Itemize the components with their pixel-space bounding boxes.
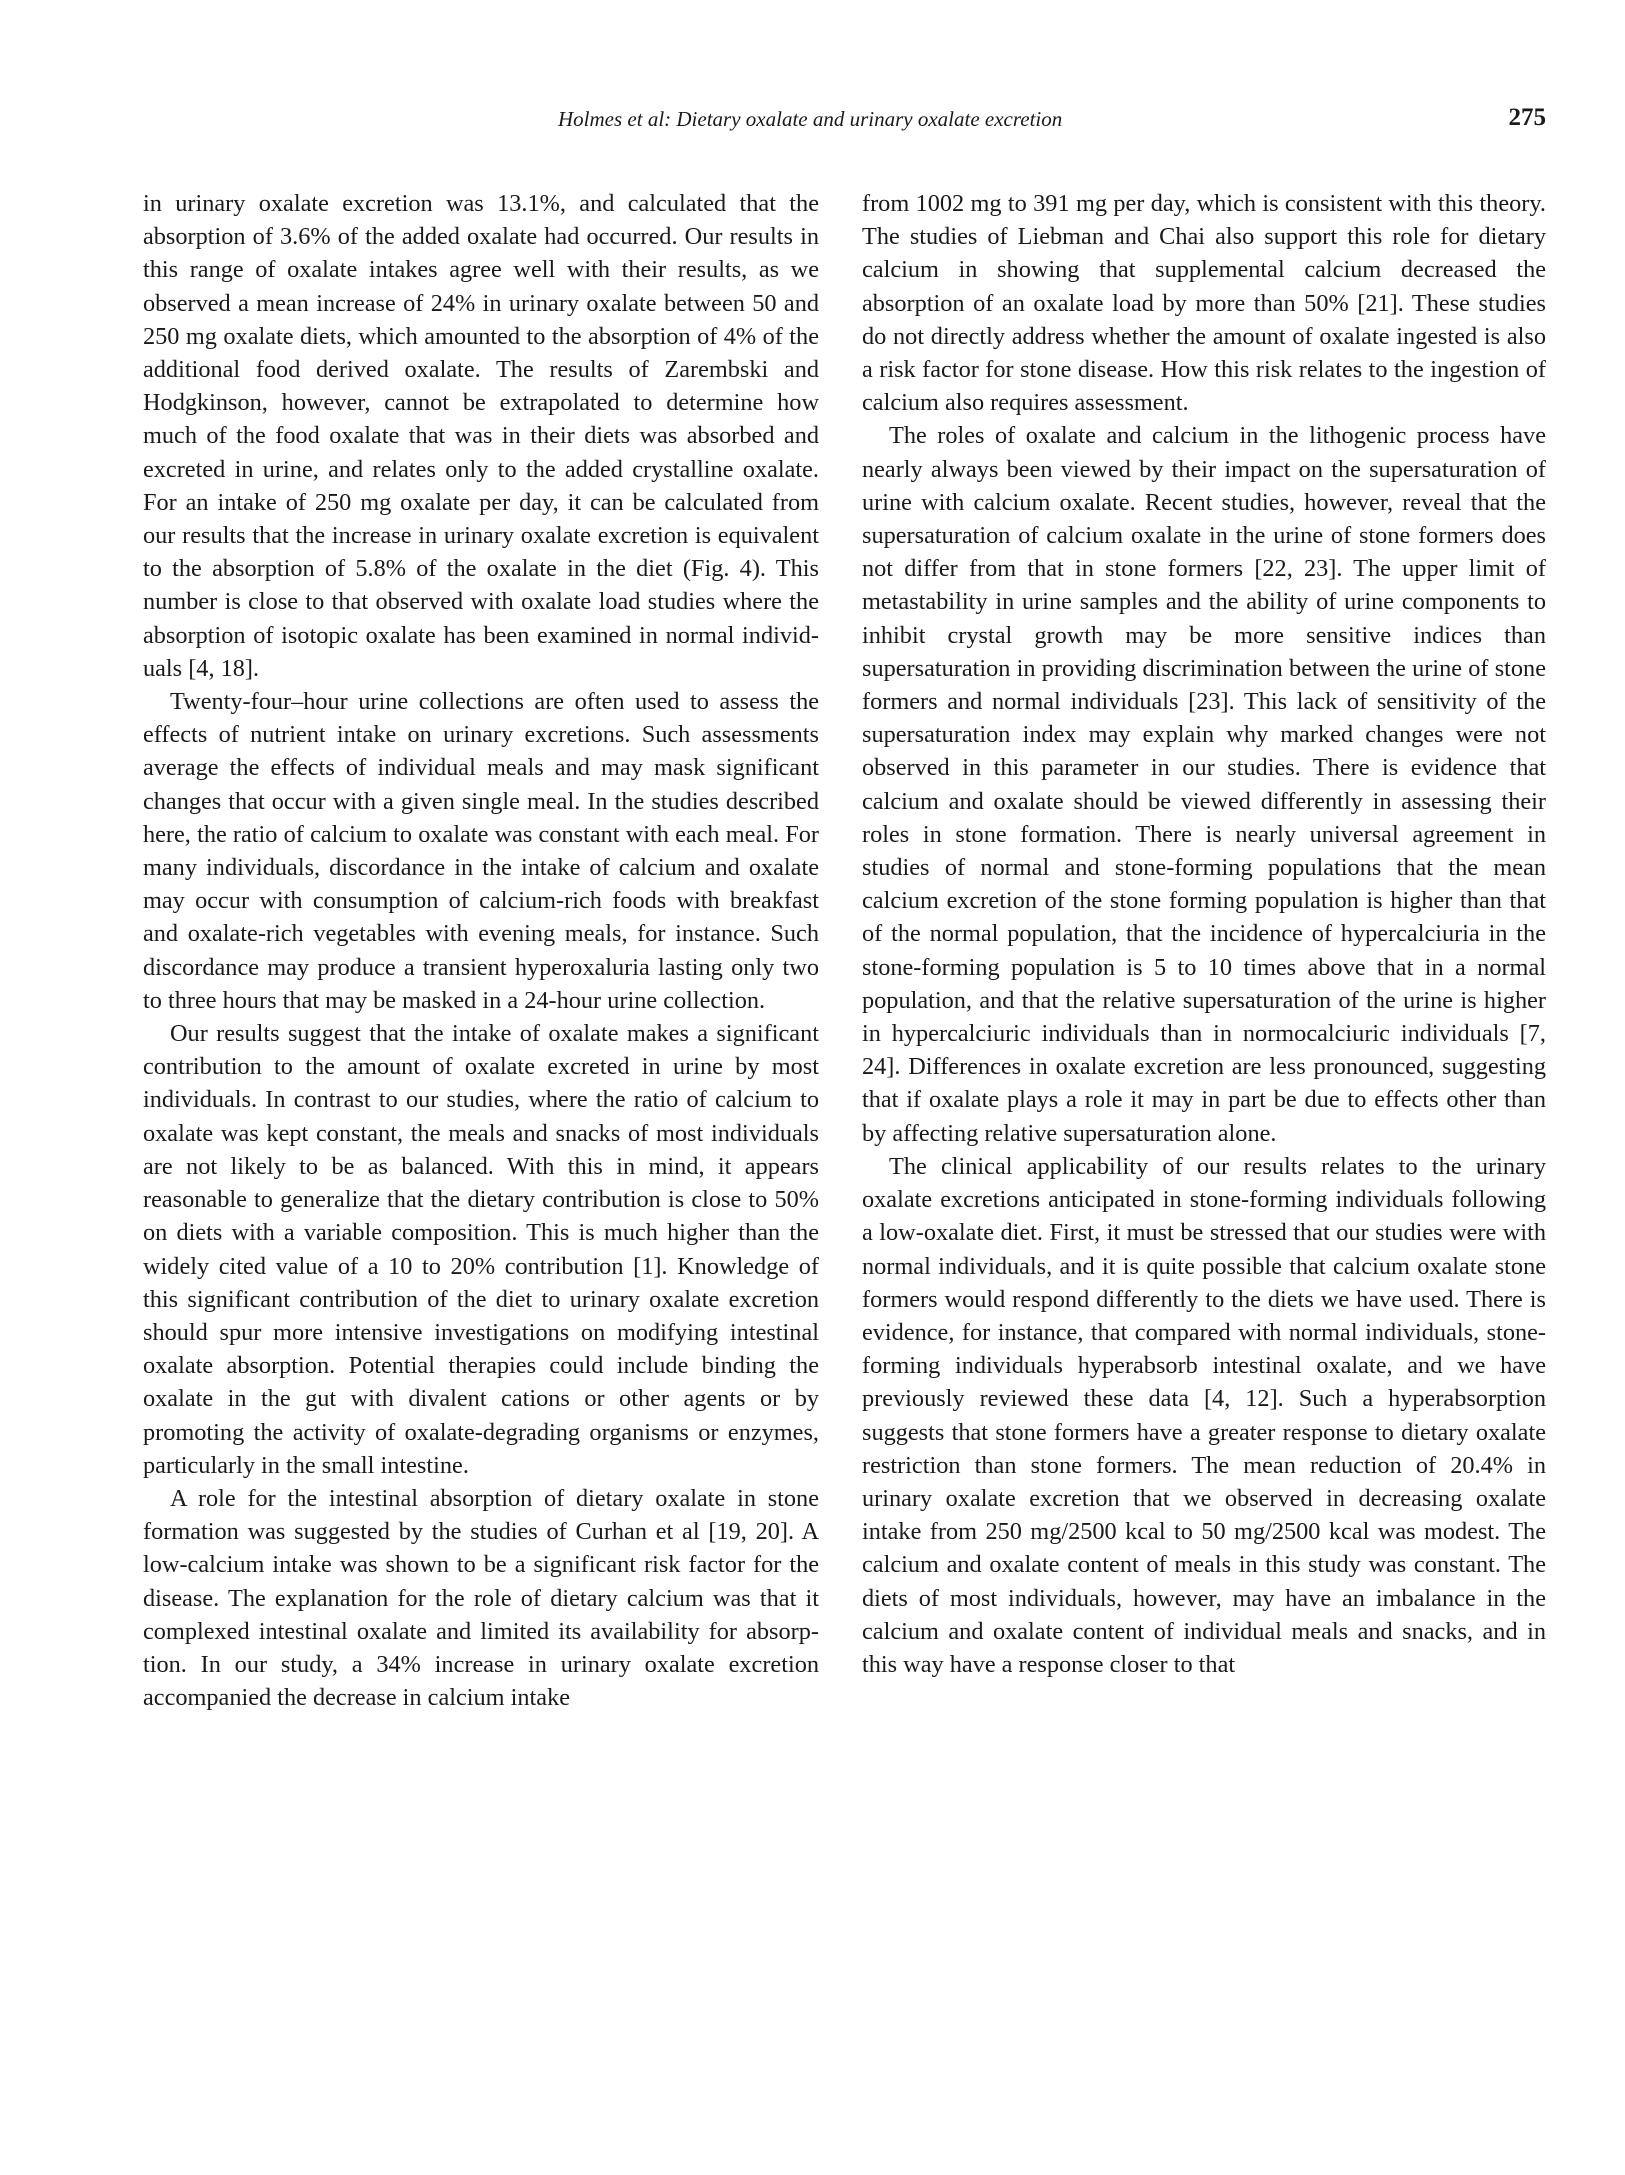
paragraph: in urinary oxalate excretion was 13.1%, … <box>143 187 819 685</box>
right-column: from 1002 mg to 391 mg per day, which is… <box>862 187 1546 1681</box>
running-title: Holmes et al: Dietary oxalate and urinar… <box>558 104 1062 134</box>
left-column: in urinary oxalate excretion was 13.1%, … <box>143 187 819 1714</box>
paragraph: from 1002 mg to 391 mg per day, which is… <box>862 187 1546 419</box>
paragraph: The clinical applicability of our result… <box>862 1150 1546 1681</box>
page-header: Holmes et al: Dietary oxalate and urinar… <box>0 104 1625 144</box>
paragraph: A role for the intestinal absorption of … <box>143 1482 819 1714</box>
page-number: 275 <box>1509 102 1547 134</box>
paragraph: The roles of oxalate and calcium in the … <box>862 419 1546 1149</box>
paragraph: Our results suggest that the intake of o… <box>143 1017 819 1482</box>
paragraph: Twenty-four–hour urine collections are o… <box>143 685 819 1017</box>
